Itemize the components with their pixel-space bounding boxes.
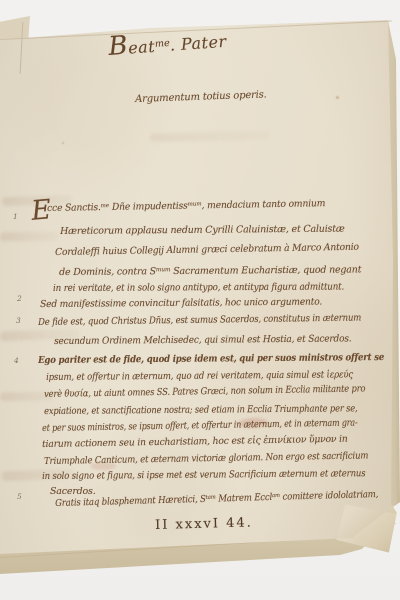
- manuscript-line: in rei veritate, et in solo signo antity…: [53, 281, 344, 294]
- line-segment: Dñe impudentiss: [109, 201, 188, 213]
- margin-paragraph-number: 5: [17, 492, 22, 501]
- superscript-abbreviation: tam: [206, 495, 216, 501]
- line-segment: Matrem Eccl: [216, 492, 273, 505]
- salutation-initial: B: [107, 31, 129, 62]
- margin-paragraph-number: 2: [17, 294, 22, 303]
- margin-paragraph-number: 3: [16, 316, 21, 325]
- superscript-abbreviation: am: [272, 493, 280, 499]
- superscript-abbreviation: mum: [188, 201, 202, 207]
- line-segment: cce Sanctis.: [47, 202, 101, 214]
- margin-paragraph-number: 4: [14, 356, 19, 365]
- line-segment: de Dominis, contra S: [59, 266, 156, 278]
- superscript-abbreviation: me: [101, 203, 110, 209]
- salutation-superscript: me: [155, 38, 171, 50]
- manuscript-line: Sacerdos.: [50, 486, 96, 497]
- foxing-speck: [336, 96, 339, 99]
- footer-citation: II xxxvI 44.: [155, 515, 253, 533]
- foxing-speck: [62, 142, 64, 144]
- superscript-abbreviation: mum: [156, 267, 171, 273]
- margin-paragraph-number: 1: [13, 212, 18, 221]
- line-segment: Sacramentum Eucharistiæ, quod negant: [170, 264, 361, 277]
- salutation-text: eat: [128, 37, 156, 58]
- salutation-text: . Pater: [169, 32, 227, 55]
- line-segment: , mendacium tanto omnium: [202, 198, 326, 211]
- photo-backdrop: Beatme. Pater Argumentum totius operis. …: [0, 0, 400, 600]
